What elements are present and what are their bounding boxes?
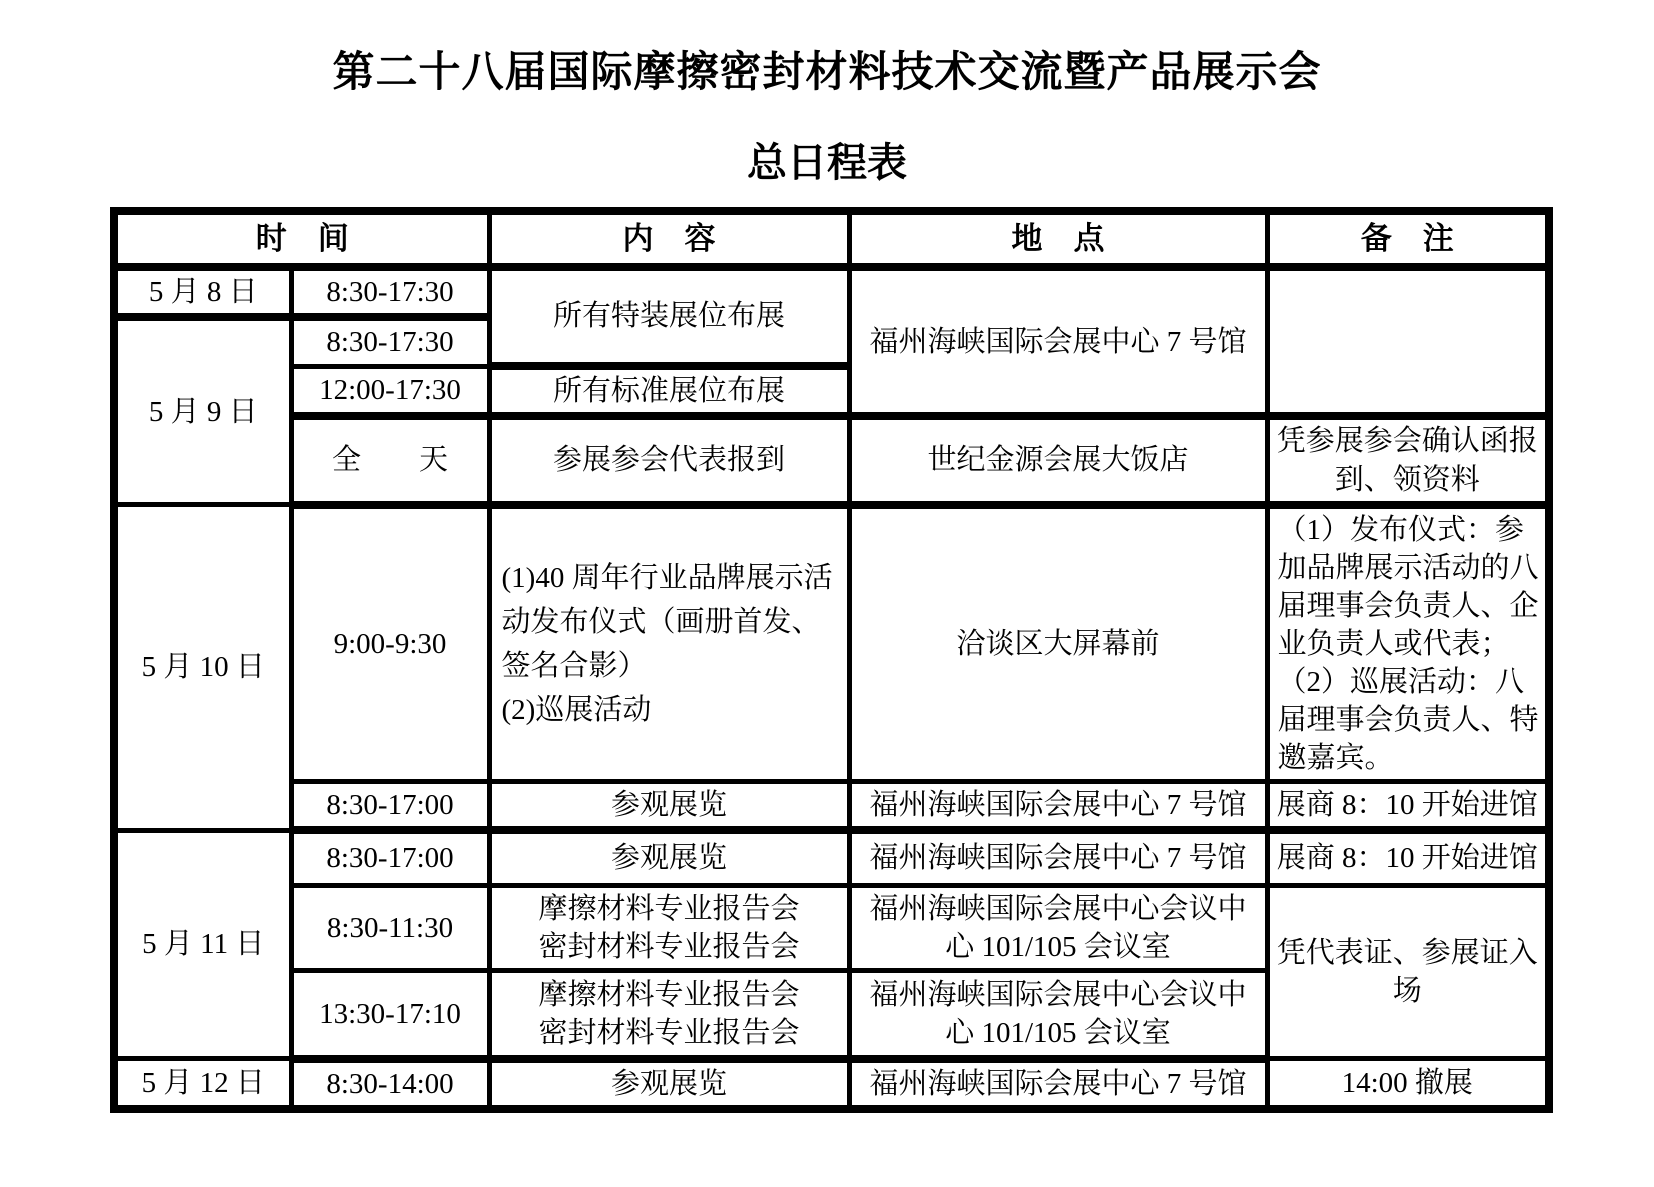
cell-time-r8: 8:30-11:30	[291, 885, 489, 971]
table-row: 8:30-11:30 摩擦材料专业报告会 密封材料专业报告会 福州海峡国际会展中…	[114, 885, 1549, 971]
cell-time-r4: 全 天	[291, 416, 489, 505]
cell-remarks-entry-r7: 展商 8：10 开始进馆	[1267, 830, 1549, 885]
table-row: 全 天 参展参会代表报到 世纪金源会展大饭店 凭参展参会确认函报 到、领资料	[114, 416, 1549, 505]
cell-date-may8: 5 月 8 日	[114, 267, 291, 317]
cell-content-reports-r9: 摩擦材料专业报告会 密封材料专业报告会	[489, 971, 849, 1059]
header-location: 地 点	[849, 211, 1267, 267]
cell-date-may10: 5 月 10 日	[114, 505, 291, 830]
page-title: 第二十八届国际摩擦密封材料技术交流暨产品展示会	[0, 42, 1654, 104]
cell-time-r1: 8:30-17:30	[291, 267, 489, 317]
table-row: 5 月 8 日 8:30-17:30 所有特装展位布展 福州海峡国际会展中心 7…	[114, 267, 1549, 317]
cell-remarks-ceremony: （1）发布仪式：参加品牌展示活动的八届理事会负责人、企业负责人或代表； （2）巡…	[1267, 505, 1549, 782]
cell-location-hotel: 世纪金源会展大饭店	[849, 416, 1267, 505]
cell-date-may12: 5 月 12 日	[114, 1059, 291, 1109]
cell-time-r9: 13:30-17:10	[291, 971, 489, 1059]
cell-location-convention-r7: 福州海峡国际会展中心 7 号馆	[849, 830, 1267, 885]
table-row: 5 月 12 日 8:30-14:00 参观展览 福州海峡国际会展中心 7 号馆…	[114, 1059, 1549, 1109]
cell-remarks-entry-r6: 展商 8：10 开始进馆	[1267, 781, 1549, 830]
cell-location-convention-r10: 福州海峡国际会展中心 7 号馆	[849, 1059, 1267, 1109]
cell-location-meeting-room-r8: 福州海峡国际会展中心会议中 心 101/105 会议室	[849, 885, 1267, 971]
header-remarks: 备 注	[1267, 211, 1549, 267]
cell-remarks-badge: 凭代表证、参展证入 场	[1267, 885, 1549, 1059]
table-row: 5 月 11 日 8:30-17:00 参观展览 福州海峡国际会展中心 7 号馆…	[114, 830, 1549, 885]
cell-date-may9: 5 月 9 日	[114, 317, 291, 505]
cell-content-visit-r10: 参观展览	[489, 1059, 849, 1109]
cell-content-reports-r8: 摩擦材料专业报告会 密封材料专业报告会	[489, 885, 849, 971]
cell-time-r2: 8:30-17:30	[291, 317, 489, 366]
cell-date-may11: 5 月 11 日	[114, 830, 291, 1059]
cell-content-standard-setup: 所有标准展位布展	[489, 366, 849, 416]
cell-content-visit-r6: 参观展览	[489, 781, 849, 830]
table-row: 5 月 10 日 9:00-9:30 (1)40 周年行业品牌展示活动发布仪式（…	[114, 505, 1549, 782]
page-subtitle: 总日程表	[0, 134, 1654, 192]
cell-remarks-registration: 凭参展参会确认函报 到、领资料	[1267, 416, 1549, 505]
cell-remarks-teardown: 14:00 撤展	[1267, 1059, 1549, 1109]
header-content: 内 容	[489, 211, 849, 267]
schedule-table: 时 间 内 容 地 点 备 注 5 月 8 日 8:30-17:30 所有特装展…	[110, 207, 1553, 1113]
cell-remarks-empty	[1267, 267, 1549, 416]
cell-time-r6: 8:30-17:00	[291, 781, 489, 830]
header-time: 时 间	[114, 211, 489, 267]
cell-time-r3: 12:00-17:30	[291, 366, 489, 416]
table-row: 8:30-17:00 参观展览 福州海峡国际会展中心 7 号馆 展商 8：10 …	[114, 781, 1549, 830]
cell-content-visit-r7: 参观展览	[489, 830, 849, 885]
cell-location-big-screen: 洽谈区大屏幕前	[849, 505, 1267, 782]
cell-location-convention-r6: 福州海峡国际会展中心 7 号馆	[849, 781, 1267, 830]
cell-time-r10: 8:30-14:00	[291, 1059, 489, 1109]
cell-content-registration: 参展参会代表报到	[489, 416, 849, 505]
cell-location-meeting-room-r9: 福州海峡国际会展中心会议中 心 101/105 会议室	[849, 971, 1267, 1059]
cell-content-special-setup: 所有特装展位布展	[489, 267, 849, 366]
cell-time-r7: 8:30-17:00	[291, 830, 489, 885]
cell-content-ceremony: (1)40 周年行业品牌展示活动发布仪式（画册首发、签名合影） (2)巡展活动	[489, 505, 849, 782]
cell-time-r5: 9:00-9:30	[291, 505, 489, 782]
cell-location-convention-hall7: 福州海峡国际会展中心 7 号馆	[849, 267, 1267, 416]
